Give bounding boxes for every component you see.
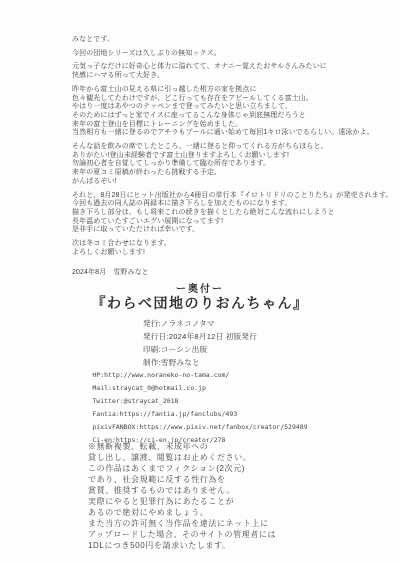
afterword-paragraph: 次は冬コミ合わせになります。 よろしくお願いします!	[72, 240, 394, 257]
afterword-paragraph: そんな話を飲みの席でしたところ、一緒に登ると仰ってくれる方がちらほらと。 ありが…	[72, 143, 394, 187]
colophon-page: みなとです。 今回の団地シリーズは久しぶりの無知ックス。 元気っ子なだけに好奇心…	[0, 0, 400, 565]
publication-info-lines: 発行:ノラネコノタマ 発行日:2024年8月12日 初版発行 印刷:コーシン出版…	[143, 317, 257, 369]
afterword-paragraph: 昨年から富士山の見える県に引っ越した相方の家を拠点に 色々観光してたわけですが、…	[72, 86, 394, 138]
afterword-text: みなとです。 今回の団地シリーズは久しぶりの無知ックス。 元気っ子なだけに好奇心…	[72, 36, 394, 283]
book-title: 『わらべ団地のりおんちゃん』	[0, 293, 400, 313]
afterword-paragraph: 今回の団地シリーズは久しぶりの無知ックス。	[72, 50, 394, 59]
publication-info-block: 発行:ノラネコノタマ 発行日:2024年8月12日 初版発行 印刷:コーシン出版…	[0, 317, 400, 369]
disclaimer-text: ※無断複製、転載、未成年への 貸し出し、譲渡、閲覧はお止めください。 この作品は…	[88, 441, 360, 551]
contact-links-lines: HP:http://www.noraneko-no-tama.com/ Mail…	[92, 369, 307, 446]
signature-line: 2024年8月 雪野みなと	[72, 269, 394, 278]
afterword-paragraph: それと、8月28日にヒット出版社から4冊目の単行本『イロトリドリのことりたち』が…	[72, 192, 394, 236]
afterword-paragraph: みなとです。	[72, 36, 394, 45]
contact-links-block: HP:http://www.noraneko-no-tama.com/ Mail…	[0, 369, 400, 446]
afterword-paragraph: 元気っ子なだけに好奇心と体力に溢れてて、オナニー覚えたおサルさんみたいに 快感に…	[72, 63, 394, 80]
